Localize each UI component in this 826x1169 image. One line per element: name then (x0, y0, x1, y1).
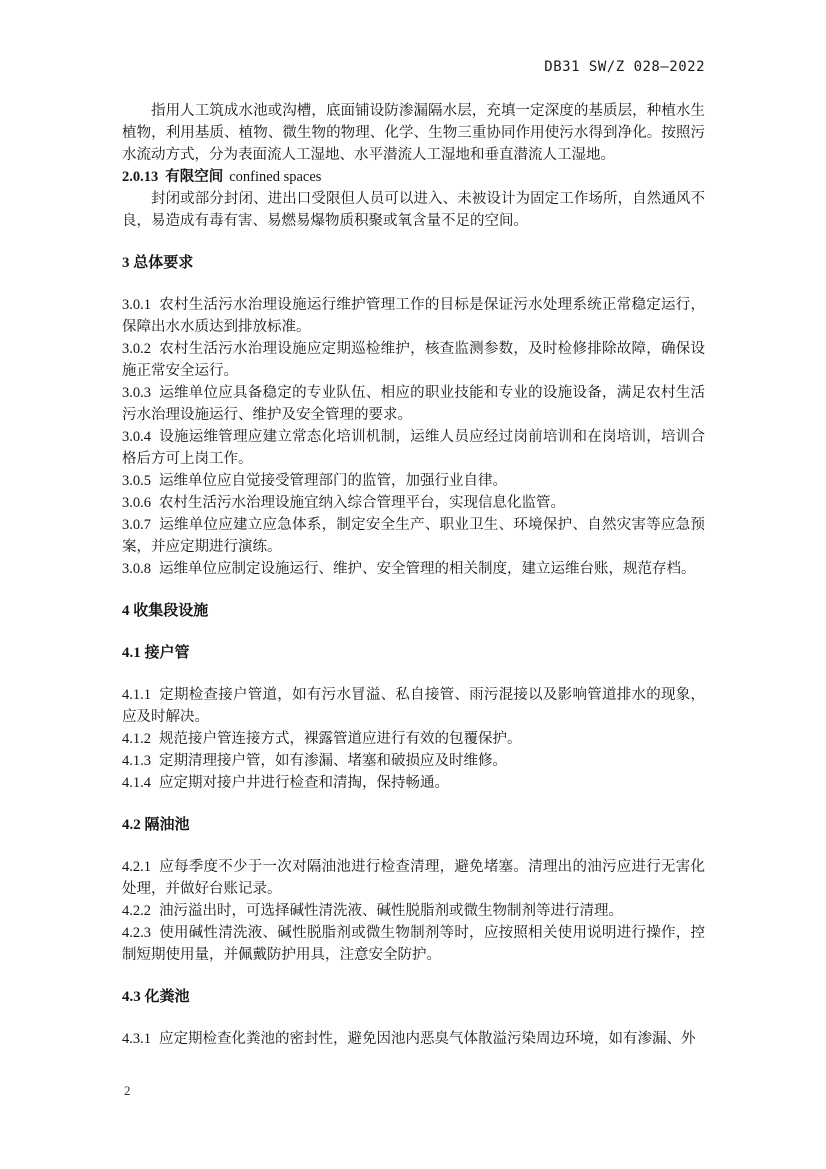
clause-text: 运维单位应自觉接受管理部门的监管，加强行业自律。 (159, 473, 507, 489)
section-heading: 4.3 化粪池 (122, 986, 705, 1008)
clause-paragraph: 4.2.1应每季度不少于一次对隔油池进行检查清理，避免堵塞。清理出的油污应进行无… (122, 856, 705, 900)
paragraph: 指用人工筑成水池或沟槽，底面铺设防渗漏隔水层，充填一定深度的基质层，种植水生植物… (122, 100, 705, 166)
section-heading: 4.2 隔油池 (122, 814, 705, 836)
clause-text: 应每季度不少于一次对隔油池进行检查清理，避免堵塞。清理出的油污应进行无害化处理，… (122, 859, 705, 897)
document-page: DB31 SW/Z 028—2022 指用人工筑成水池或沟槽，底面铺设防渗漏隔水… (0, 0, 826, 1169)
clause-paragraph: 4.1.1定期检查接户管道，如有污水冒溢、私自接管、雨污混接以及影响管道排水的现… (122, 684, 705, 728)
paragraph: 封闭或部分封闭、进出口受限但人员可以进入、未被设计为固定工作场所，自然通风不良，… (122, 188, 705, 232)
section-heading: 4 收集段设施 (122, 600, 705, 622)
clause-paragraph: 4.2.3使用碱性清洗液、碱性脱脂剂或微生物制剂等时，应按照相关使用说明进行操作… (122, 922, 705, 966)
clause-number: 4.2.1 (122, 859, 151, 875)
section-heading: 3 总体要求 (122, 252, 705, 274)
clause-text: 运维单位应具备稳定的专业队伍、相应的职业技能和专业的设施设备，满足农村生活污水治… (122, 385, 705, 423)
section-heading: 4.1 接户管 (122, 642, 705, 664)
clause-paragraph: 3.0.3运维单位应具备稳定的专业队伍、相应的职业技能和专业的设施设备，满足农村… (122, 382, 705, 426)
clause-text: 油污溢出时，可选择碱性清洗液、碱性脱脂剂或微生物制剂等进行清理。 (159, 903, 623, 919)
clause-text: 应定期对接户井进行检查和清掏，保持畅通。 (159, 775, 449, 791)
clause-text: 应定期检查化粪池的密封性，避免因池内恶臭气体散溢污染周边环境，如有渗漏、外 (159, 1031, 696, 1047)
clause-paragraph: 4.1.3定期清理接户管，如有渗漏、堵塞和破损应及时维修。 (122, 750, 705, 772)
clause-text: 规范接户管连接方式，裸露管道应进行有效的包覆保护。 (159, 731, 522, 747)
clause-number: 4.2.2 (122, 903, 151, 919)
clause-paragraph: 4.1.2规范接户管连接方式，裸露管道应进行有效的包覆保护。 (122, 728, 705, 750)
clause-text: 设施运维管理应建立常态化培训机制，运维人员应经过岗前培训和在岗培训，培训合格后方… (122, 429, 705, 467)
clause-text: 运维单位应制定设施运行、维护、安全管理的相关制度，建立运维台账，规范存档。 (159, 561, 696, 577)
clause-text: 定期清理接户管，如有渗漏、堵塞和破损应及时维修。 (159, 753, 507, 769)
page-number: 2 (124, 1082, 131, 1100)
clause-number: 3.0.1 (122, 297, 151, 313)
clause-number: 4.3.1 (122, 1031, 151, 1047)
clause-paragraph: 4.2.2油污溢出时，可选择碱性清洗液、碱性脱脂剂或微生物制剂等进行清理。 (122, 900, 705, 922)
clause-text: 农村生活污水治理设施应定期巡检维护，核查监测参数，及时检修排除故障，确保设施正常… (122, 341, 705, 379)
clause-number: 4.1.4 (122, 775, 151, 791)
clause-text: 农村生活污水治理设施宜纳入综合管理平台，实现信息化监管。 (159, 495, 565, 511)
clause-number: 4.1.2 (122, 731, 151, 747)
clause-paragraph: 3.0.7运维单位应建立应急体系，制定安全生产、职业卫生、环境保护、自然灾害等应… (122, 514, 705, 558)
clause-paragraph: 4.3.1应定期检查化粪池的密封性，避免因池内恶臭气体散溢污染周边环境，如有渗漏… (122, 1028, 705, 1050)
clause-number: 4.1.1 (122, 687, 151, 703)
clause-text: 农村生活污水治理设施运行维护管理工作的目标是保证污水处理系统正常稳定运行，保障出… (122, 297, 705, 335)
clause-number: 3.0.4 (122, 429, 151, 445)
clause-paragraph: 3.0.2农村生活污水治理设施应定期巡检维护，核查监测参数，及时检修排除故障，确… (122, 338, 705, 382)
term-number: 2.0.13 (122, 169, 158, 185)
clause-number: 3.0.3 (122, 385, 151, 401)
clause-text: 使用碱性清洗液、碱性脱脂剂或微生物制剂等时，应按照相关使用说明进行操作，控制短期… (122, 925, 705, 963)
clause-paragraph: 3.0.4设施运维管理应建立常态化培训机制，运维人员应经过岗前培训和在岗培训，培… (122, 426, 705, 470)
document-body: 指用人工筑成水池或沟槽，底面铺设防渗漏隔水层，充填一定深度的基质层，种植水生植物… (122, 100, 705, 1050)
clause-paragraph: 4.1.4应定期对接户井进行检查和清掏，保持畅通。 (122, 772, 705, 794)
clause-number: 4.2.3 (122, 925, 151, 941)
clause-number: 3.0.7 (122, 517, 151, 533)
clause-number: 3.0.8 (122, 561, 151, 577)
term-chinese: 有限空间 (165, 169, 223, 185)
running-header: DB31 SW/Z 028—2022 (544, 59, 705, 75)
clause-text: 定期检查接户管道，如有污水冒溢、私自接管、雨污混接以及影响管道排水的现象，应及时… (122, 687, 705, 725)
clause-number: 3.0.6 (122, 495, 151, 511)
clause-paragraph: 3.0.6农村生活污水治理设施宜纳入综合管理平台，实现信息化监管。 (122, 492, 705, 514)
clause-paragraph: 3.0.8运维单位应制定设施运行、维护、安全管理的相关制度，建立运维台账，规范存… (122, 558, 705, 580)
clause-text: 运维单位应建立应急体系，制定安全生产、职业卫生、环境保护、自然灾害等应急预案，并… (122, 517, 705, 555)
term-english: confined spaces (229, 169, 321, 185)
clause-number: 4.1.3 (122, 753, 151, 769)
clause-number: 3.0.5 (122, 473, 151, 489)
clause-paragraph: 3.0.1农村生活污水治理设施运行维护管理工作的目标是保证污水处理系统正常稳定运… (122, 294, 705, 338)
clause-paragraph: 3.0.5运维单位应自觉接受管理部门的监管，加强行业自律。 (122, 470, 705, 492)
term-definition: 2.0.13有限空间confined spaces (122, 166, 705, 188)
clause-number: 3.0.2 (122, 341, 151, 357)
